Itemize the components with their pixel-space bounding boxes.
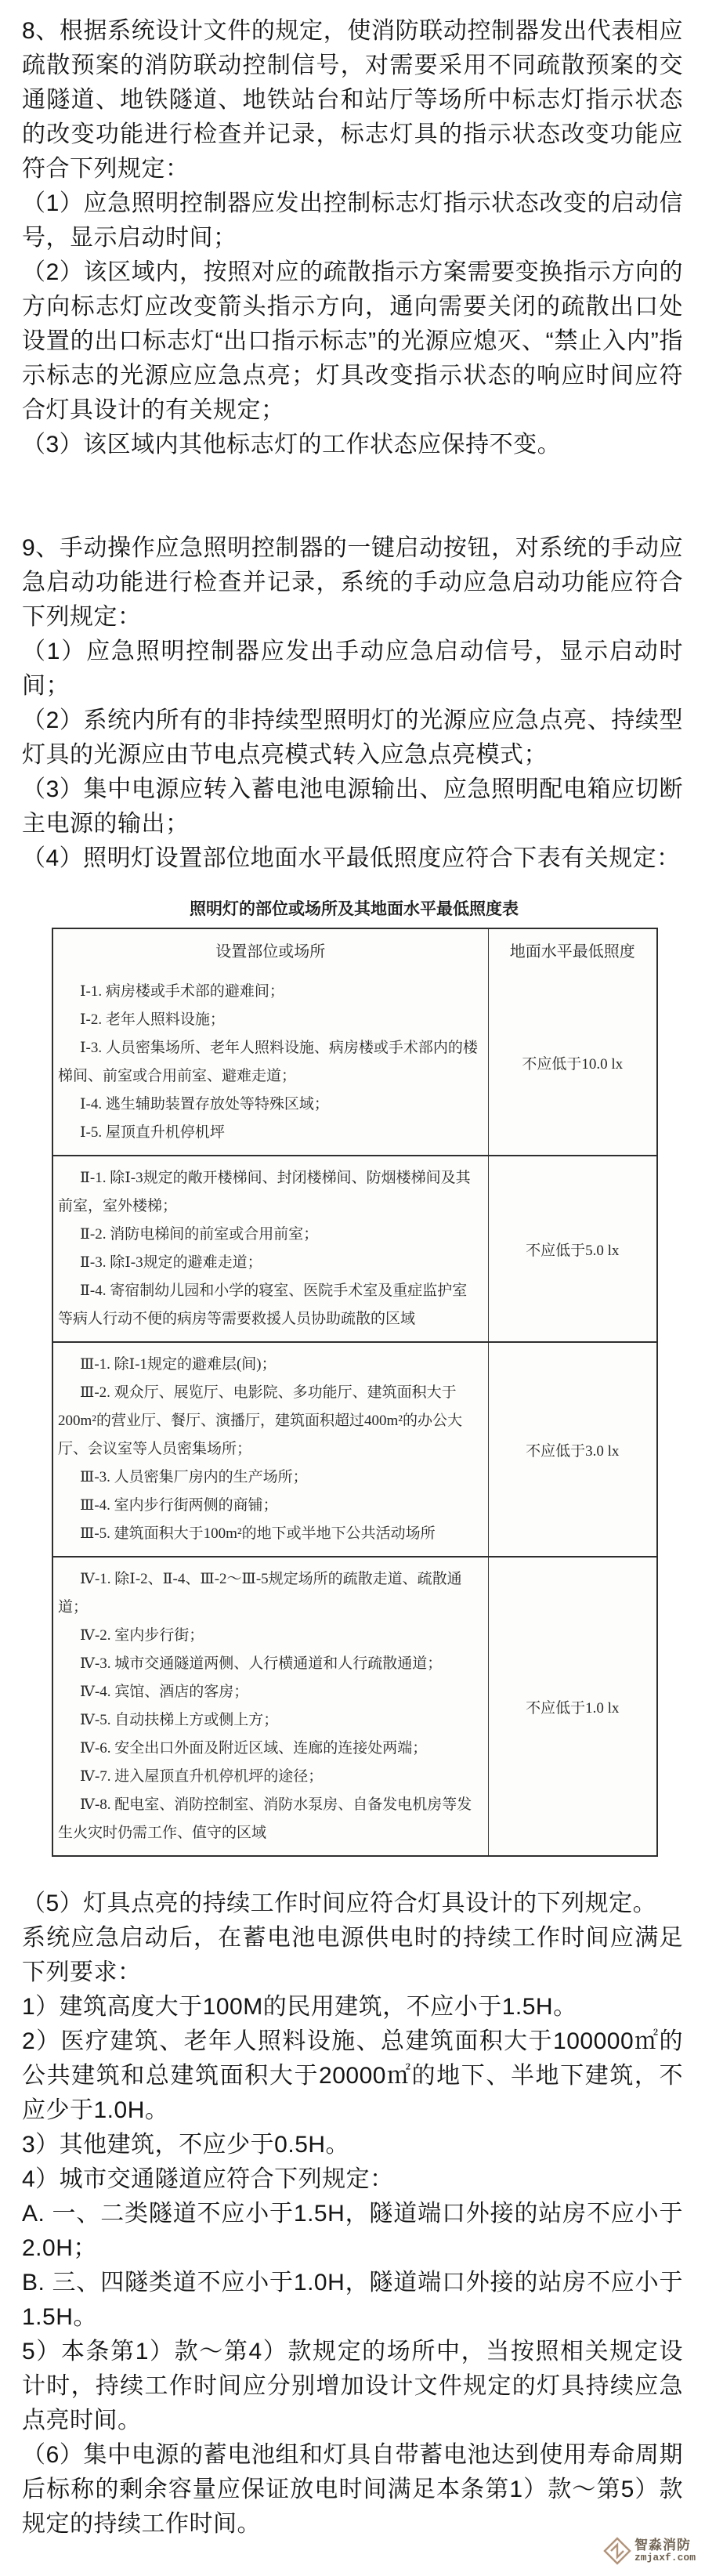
table-item: Ⅳ-8. 配电室、消防控制室、消防水泵房、自备发电机房等发生火灾时仍需工作、值守… bbox=[58, 1791, 482, 1847]
para-9-sub-1: 1）建筑高度大于100M的民用建筑，不应小于1.5H。 bbox=[22, 1990, 683, 2024]
places-cell-group-2: Ⅱ-1. 除Ⅰ-3规定的敞开楼梯间、封闭楼梯间、防烟楼梯间及其前室，室外楼梯； … bbox=[52, 1156, 488, 1342]
table-item: Ⅱ-3. 除Ⅰ-3规定的避难走道； bbox=[58, 1249, 482, 1277]
lux-value-group-2: 不应低于5.0 lx bbox=[488, 1156, 657, 1342]
table-row-group-2: Ⅱ-1. 除Ⅰ-3规定的敞开楼梯间、封闭楼梯间、防烟楼梯间及其前室，室外楼梯； … bbox=[52, 1156, 657, 1342]
table-row-group-1: Ⅰ-1. 病房楼或手术部的避难间； Ⅰ-2. 老年人照料设施； Ⅰ-3. 人员密… bbox=[52, 970, 657, 1156]
para-9-item-3: （3）集中电源应转入蓄电池电源输出、应急照明配电箱应切断主电源的输出； bbox=[22, 772, 683, 841]
para-9-item-1: （1）应急照明控制器应发出手动应急启动信号，显示启动时间； bbox=[22, 635, 683, 704]
para-9-item-5: （5）灯具点亮的持续工作时间应符合灯具设计的下列规定。 bbox=[22, 1887, 683, 1921]
para-9-item-6: （6）集中电源的蓄电池组和灯具自带蓄电池达到使用寿命周期后标称的剩余容量应保证放… bbox=[22, 2438, 683, 2542]
table-item: Ⅳ-5. 自动扶梯上方或侧上方； bbox=[58, 1706, 482, 1735]
column-header-location: 设置部位或场所 bbox=[52, 928, 488, 970]
para-9-sub-2: 2）医疗建筑、老年人照料设施、总建筑面积大于100000㎡的公共建筑和总建筑面积… bbox=[22, 2024, 683, 2128]
places-cell-group-4: Ⅳ-1. 除Ⅰ-2、Ⅱ-4、Ⅲ-2～Ⅲ-5规定场所的疏散走道、疏散通道； Ⅳ-2… bbox=[52, 1557, 488, 1856]
watermark-logo-icon bbox=[603, 2537, 631, 2565]
para-9-sub-4b: B. 三、四隧类道不应小于1.0H，隧道端口外接的站房不应小于1.5H。 bbox=[22, 2266, 683, 2335]
places-cell-group-3: Ⅲ-1. 除Ⅰ-1规定的避难层(间)； Ⅲ-2. 观众厅、展览厅、电影院、多功能… bbox=[52, 1342, 488, 1557]
table-row-group-3: Ⅲ-1. 除Ⅰ-1规定的避难层(间)； Ⅲ-2. 观众厅、展览厅、电影院、多功能… bbox=[52, 1342, 657, 1557]
para-9-sub-3: 3）其他建筑，不应少于0.5H。 bbox=[22, 2128, 683, 2162]
section-9-continued: （5）灯具点亮的持续工作时间应符合灯具设计的下列规定。 系统应急启动后，在蓄电池… bbox=[22, 1887, 683, 2542]
para-8-item-1: （1）应急照明控制器应发出控制标志灯指示状态改变的启动信号，显示启动时间； bbox=[22, 186, 683, 255]
table-title: 照明灯的部位或场所及其地面水平最低照度表 bbox=[52, 896, 656, 920]
para-9-sub-4a: A. 一、二类隧道不应小于1.5H，隧道端口外接的站房不应小于2.0H； bbox=[22, 2197, 683, 2266]
table-item: Ⅰ-3. 人员密集场所、老年人照料设施、病房楼或手术部内的楼梯间、前室或合用前室… bbox=[58, 1034, 482, 1091]
table-header-row: 设置部位或场所 地面水平最低照度 bbox=[52, 928, 657, 970]
watermark: 智淼消防 zmjaxf.com bbox=[603, 2537, 696, 2565]
para-8-item-3: （3）该区域内其他标志灯的工作状态应保持不变。 bbox=[22, 428, 683, 462]
table-item: Ⅳ-6. 安全出口外面及附近区域、连廊的连接处两端； bbox=[58, 1735, 482, 1763]
para-9-sub-4: 4）城市交通隧道应符合下列规定： bbox=[22, 2162, 683, 2197]
table-item: Ⅱ-2. 消防电梯间的前室或合用前室； bbox=[58, 1221, 482, 1249]
table-item: Ⅰ-1. 病房楼或手术部的避难间； bbox=[58, 978, 482, 1006]
lux-value-group-1: 不应低于10.0 lx bbox=[488, 970, 657, 1156]
watermark-brand-text: 智淼消防 bbox=[634, 2538, 696, 2552]
table-item: Ⅳ-4. 宾馆、酒店的客房； bbox=[58, 1678, 482, 1706]
table-item: Ⅲ-1. 除Ⅰ-1规定的避难层(间)； bbox=[58, 1351, 482, 1379]
table-item: Ⅰ-2. 老年人照料设施； bbox=[58, 1006, 482, 1034]
illuminance-table: 设置部位或场所 地面水平最低照度 Ⅰ-1. 病房楼或手术部的避难间； Ⅰ-2. … bbox=[52, 928, 658, 1857]
document-page: 8、根据系统设计文件的规定，使消防联动控制器发出代表相应疏散预案的消防联动控制信… bbox=[0, 0, 705, 2576]
table-item: Ⅲ-5. 建筑面积大于100m²的地下或半地下公共活动场所 bbox=[58, 1520, 482, 1548]
table-item: Ⅲ-4. 室内步行街两侧的商铺； bbox=[58, 1492, 482, 1520]
lux-value-group-4: 不应低于1.0 lx bbox=[488, 1557, 657, 1856]
para-9-item-4: （4）照明灯设置部位地面水平最低照度应符合下表有关规定： bbox=[22, 841, 683, 876]
table-item: Ⅳ-1. 除Ⅰ-2、Ⅱ-4、Ⅲ-2～Ⅲ-5规定场所的疏散走道、疏散通道； bbox=[58, 1565, 482, 1622]
table-row-group-4: Ⅳ-1. 除Ⅰ-2、Ⅱ-4、Ⅲ-2～Ⅲ-5规定场所的疏散走道、疏散通道； Ⅳ-2… bbox=[52, 1557, 657, 1856]
table-item: Ⅱ-4. 寄宿制幼儿园和小学的寝室、医院手术室及重症监护室等病人行动不便的病房等… bbox=[58, 1277, 482, 1333]
para-9-lead: 系统应急启动后，在蓄电池电源供电时的持续工作时间应满足下列要求： bbox=[22, 1921, 683, 1990]
table-item: Ⅱ-1. 除Ⅰ-3规定的敞开楼梯间、封闭楼梯间、防烟楼梯间及其前室，室外楼梯； bbox=[58, 1164, 482, 1221]
para-8-item-2: （2）该区域内，按照对应的疏散指示方案需要变换指示方向的方向标志灯应改变箭头指示… bbox=[22, 255, 683, 428]
lux-value-group-3: 不应低于3.0 lx bbox=[488, 1342, 657, 1557]
section-divider-gap bbox=[22, 462, 683, 531]
table-item: Ⅰ-4. 逃生辅助装置存放处等特殊区域； bbox=[58, 1091, 482, 1119]
para-9-intro: 9、手动操作应急照明控制器的一键启动按钮，对系统的手动应急启动功能进行检查并记录… bbox=[22, 531, 683, 635]
section-8: 8、根据系统设计文件的规定，使消防联动控制器发出代表相应疏散预案的消防联动控制信… bbox=[22, 14, 683, 462]
places-cell-group-1: Ⅰ-1. 病房楼或手术部的避难间； Ⅰ-2. 老年人照料设施； Ⅰ-3. 人员密… bbox=[52, 970, 488, 1156]
table-item: Ⅰ-5. 屋顶直升机停机坪 bbox=[58, 1119, 482, 1147]
para-9-sub-5: 5）本条第1）款～第4）款规定的场所中，当按照相关规定设计时，持续工作时间应分别… bbox=[22, 2335, 683, 2438]
section-9: 9、手动操作应急照明控制器的一键启动按钮，对系统的手动应急启动功能进行检查并记录… bbox=[22, 531, 683, 876]
table-item: Ⅳ-7. 进入屋顶直升机停机坪的途径； bbox=[58, 1763, 482, 1791]
column-header-illuminance: 地面水平最低照度 bbox=[488, 928, 657, 970]
illuminance-table-block: 照明灯的部位或场所及其地面水平最低照度表 设置部位或场所 地面水平最低照度 Ⅰ-… bbox=[52, 896, 656, 1857]
table-item: Ⅳ-3. 城市交通隧道两侧、人行横通道和人行疏散通道； bbox=[58, 1650, 482, 1678]
para-8-intro: 8、根据系统设计文件的规定，使消防联动控制器发出代表相应疏散预案的消防联动控制信… bbox=[22, 14, 683, 186]
table-item: Ⅲ-3. 人员密集厂房内的生产场所； bbox=[58, 1463, 482, 1492]
watermark-site-text: zmjaxf.com bbox=[634, 2552, 696, 2563]
table-item: Ⅳ-2. 室内步行街； bbox=[58, 1622, 482, 1650]
para-9-item-2: （2）系统内所有的非持续型照明灯的光源应应急点亮、持续型灯具的光源应由节电点亮模… bbox=[22, 704, 683, 772]
table-item: Ⅲ-2. 观众厅、展览厅、电影院、多功能厅、建筑面积大于200m²的营业厅、餐厅… bbox=[58, 1379, 482, 1463]
